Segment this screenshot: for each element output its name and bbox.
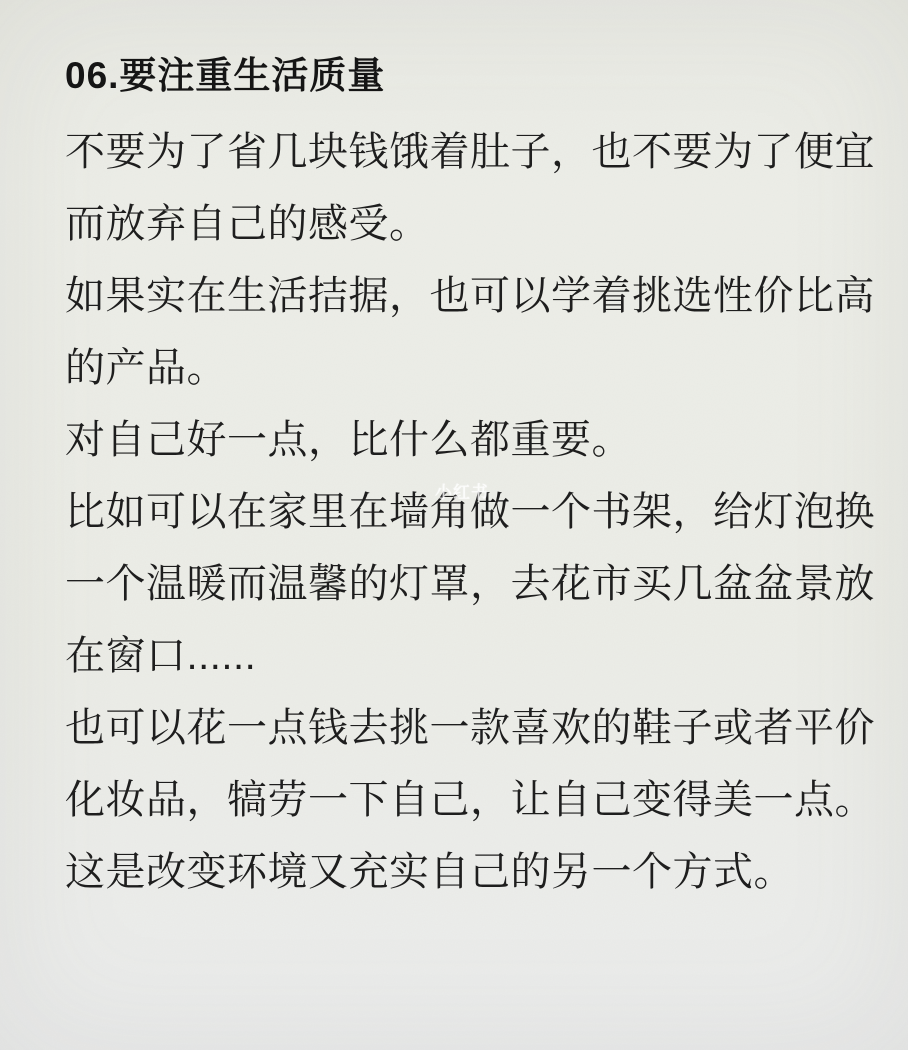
text-line: 也可以花一点钱去挑一款喜欢的鞋子或者平价 xyxy=(65,692,860,764)
text-line: 不要为了省几块钱饿着肚子，也不要为了便宜 xyxy=(65,116,860,188)
text-line: 如果实在生活拮据，也可以学着挑选性价比高 xyxy=(65,260,860,332)
text-line: 而放弃自己的感受。 xyxy=(65,188,860,260)
text-line: 的产品。 xyxy=(65,332,860,404)
text-line: 这是改变环境又充实自己的另一个方式。 xyxy=(65,836,860,908)
page-title: 06.要注重生活质量 xyxy=(65,52,860,100)
text-line: 一个温暖而温馨的灯罩，去花市买几盆盆景放 xyxy=(65,548,860,620)
watermark: 小红书 xyxy=(435,478,489,503)
text-line: 化妆品，犒劳一下自己，让自己变得美一点。 xyxy=(65,764,860,836)
text-line: 在窗口...... xyxy=(65,620,860,692)
text-line: 对自己好一点，比什么都重要。 xyxy=(65,404,860,476)
